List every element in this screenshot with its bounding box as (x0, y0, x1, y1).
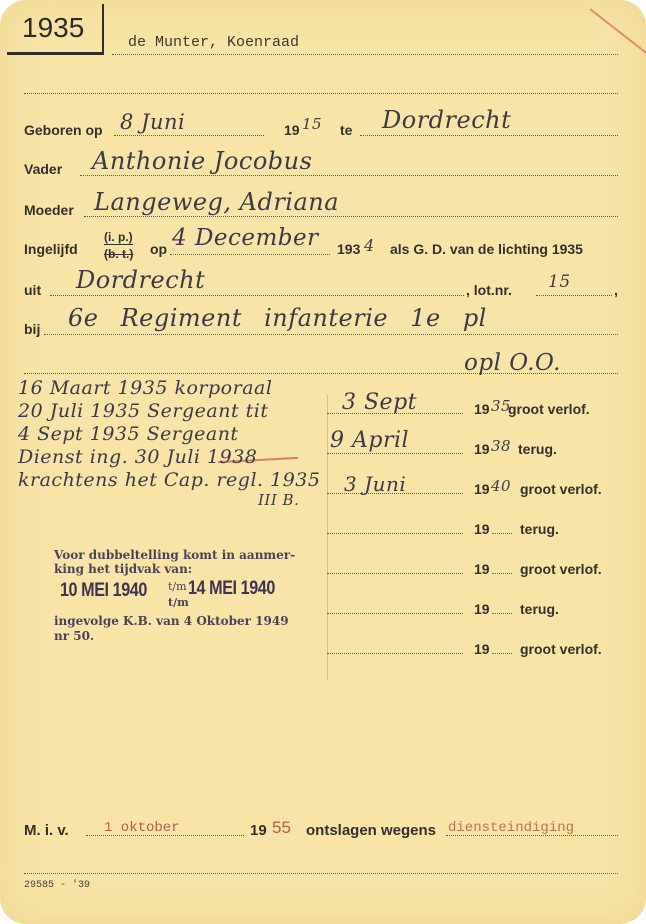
leave-line-6 (327, 613, 463, 614)
leave-date-2: 9 April (330, 428, 409, 453)
career-note-5: krachtens het Cap. regl. 1935 (18, 469, 320, 491)
father-name: Anthonie Jocobus (92, 147, 312, 175)
stamp-line-1: Voor dubbeltelling komt in aanmer- (54, 548, 295, 562)
leave-status-4: terug. (520, 521, 559, 537)
leave-year-prefix-3: 19 (474, 481, 490, 497)
career-note-2: 20 Juli 1935 Sergeant tit (18, 400, 269, 422)
footer-line (24, 873, 618, 874)
blank-line (24, 93, 618, 94)
stamp-to-date: 14 MEI 1940 (188, 578, 275, 600)
frac-bt-struck: (b. t.) (104, 247, 133, 261)
career-note-3: 4 Sept 1935 Sergeant (18, 423, 239, 445)
birth-date-line (114, 135, 264, 136)
from-line (50, 295, 464, 296)
enlisted-year-prefix: 193 (337, 241, 360, 257)
unit-line (44, 334, 618, 335)
form-number: 29585 - '39 (24, 880, 90, 891)
leave-year-line-7 (492, 653, 512, 654)
career-note-1: 16 Maart 1935 korporaal (18, 377, 272, 399)
leave-status-6: terug. (520, 601, 559, 617)
mother-label: Moeder (24, 202, 74, 218)
lot-number: 15 (548, 272, 571, 292)
unit-value: 6e Regiment infanterie 1e pl (68, 304, 487, 332)
enlisted-date-line (170, 254, 330, 255)
leave-line-2 (327, 453, 463, 454)
stamp-line-2: king het tijdvak van: (54, 562, 192, 576)
leave-date-3: 3 Juni (344, 472, 406, 496)
class-year: 1935 (22, 12, 84, 44)
red-pencil-mark (589, 8, 646, 55)
frac-ip: (i. p.) (104, 230, 133, 245)
enlisted-date: 4 December (172, 225, 319, 251)
leave-year-line-5 (492, 573, 512, 574)
birth-place-line (360, 135, 618, 136)
enlisted-label: Ingelijfd (24, 241, 78, 257)
leave-line-5 (327, 573, 463, 574)
father-line (80, 175, 618, 176)
leave-year-prefix-6: 19 (474, 601, 490, 617)
discharge-reason-label: ontslagen wegens (306, 822, 436, 839)
career-note-6: III B. (258, 491, 299, 509)
from-label: uit (24, 282, 41, 298)
leave-year-line-4 (492, 533, 512, 534)
birth-place-label: te (340, 122, 352, 138)
discharge-year-suffix: 55 (272, 818, 291, 838)
lot-comma: , (614, 282, 618, 298)
stamp-tm-bottom: t/m (168, 596, 189, 610)
leave-year-prefix-5: 19 (474, 561, 490, 577)
leave-status-3: groot verlof. (520, 481, 602, 497)
leave-date-1: 3 Sept (342, 390, 417, 415)
birth-date: 8 Juni (120, 110, 185, 134)
lot-line (536, 295, 612, 296)
leave-year-prefix-7: 19 (474, 641, 490, 657)
column-divider (327, 395, 328, 680)
discharge-reason: diensteindiging (448, 820, 574, 836)
leave-status-2: terug. (518, 441, 557, 457)
career-note-4: Dienst ing. 30 Juli 1938 (18, 446, 257, 468)
person-name: de Munter, Koenraad (128, 34, 299, 51)
birth-place: Dordrecht (382, 106, 511, 134)
leave-year-prefix-1: 19 (474, 401, 490, 417)
leave-status-1: groot verlof. (508, 401, 590, 417)
father-label: Vader (24, 161, 62, 177)
from-place: Dordrecht (76, 266, 205, 294)
leave-year-prefix-4: 19 (474, 521, 490, 537)
stamp-line-5: nr 50. (54, 629, 94, 643)
leave-status-5: groot verlof. (520, 561, 602, 577)
lichting-text: als G. D. van de lichting 1935 (390, 241, 583, 257)
military-record-card: 1935 de Munter, Koenraad Geboren op 8 Ju… (0, 0, 646, 924)
leave-year-suffix-3: 40 (491, 477, 511, 495)
leave-year-prefix-2: 19 (474, 441, 490, 457)
enlisted-op-label: op (150, 241, 167, 257)
lot-label: , lot.nr. (466, 282, 512, 298)
year-box: 1935 (7, 4, 104, 55)
leave-line-7 (327, 653, 463, 654)
name-line (112, 54, 618, 55)
unit-label: bij (24, 321, 40, 337)
unit-second-line: opl O.O. (464, 350, 561, 376)
birth-year-prefix: 19 (284, 122, 300, 138)
birth-label: Geboren op (24, 122, 103, 138)
enlisted-year-suffix: 4 (364, 236, 375, 255)
leave-year-suffix-2: 38 (491, 437, 511, 455)
mother-name: Langeweg, Adriana (94, 188, 339, 216)
stamp-line-4: ingevolge K.B. van 4 Oktober 1949 (54, 614, 289, 628)
discharge-date: 1 oktober (104, 820, 180, 836)
birth-year-suffix: 15 (302, 115, 322, 133)
stamp-from-date: 10 MEI 1940 (60, 580, 147, 602)
discharge-label: M. i. v. (24, 822, 69, 839)
mother-line (84, 216, 618, 217)
discharge-year-prefix: 19 (250, 822, 267, 839)
leave-year-line-6 (492, 613, 512, 614)
leave-status-7: groot verlof. (520, 641, 602, 657)
stamp-tm-top: t/m (168, 580, 187, 594)
leave-line-4 (327, 533, 463, 534)
